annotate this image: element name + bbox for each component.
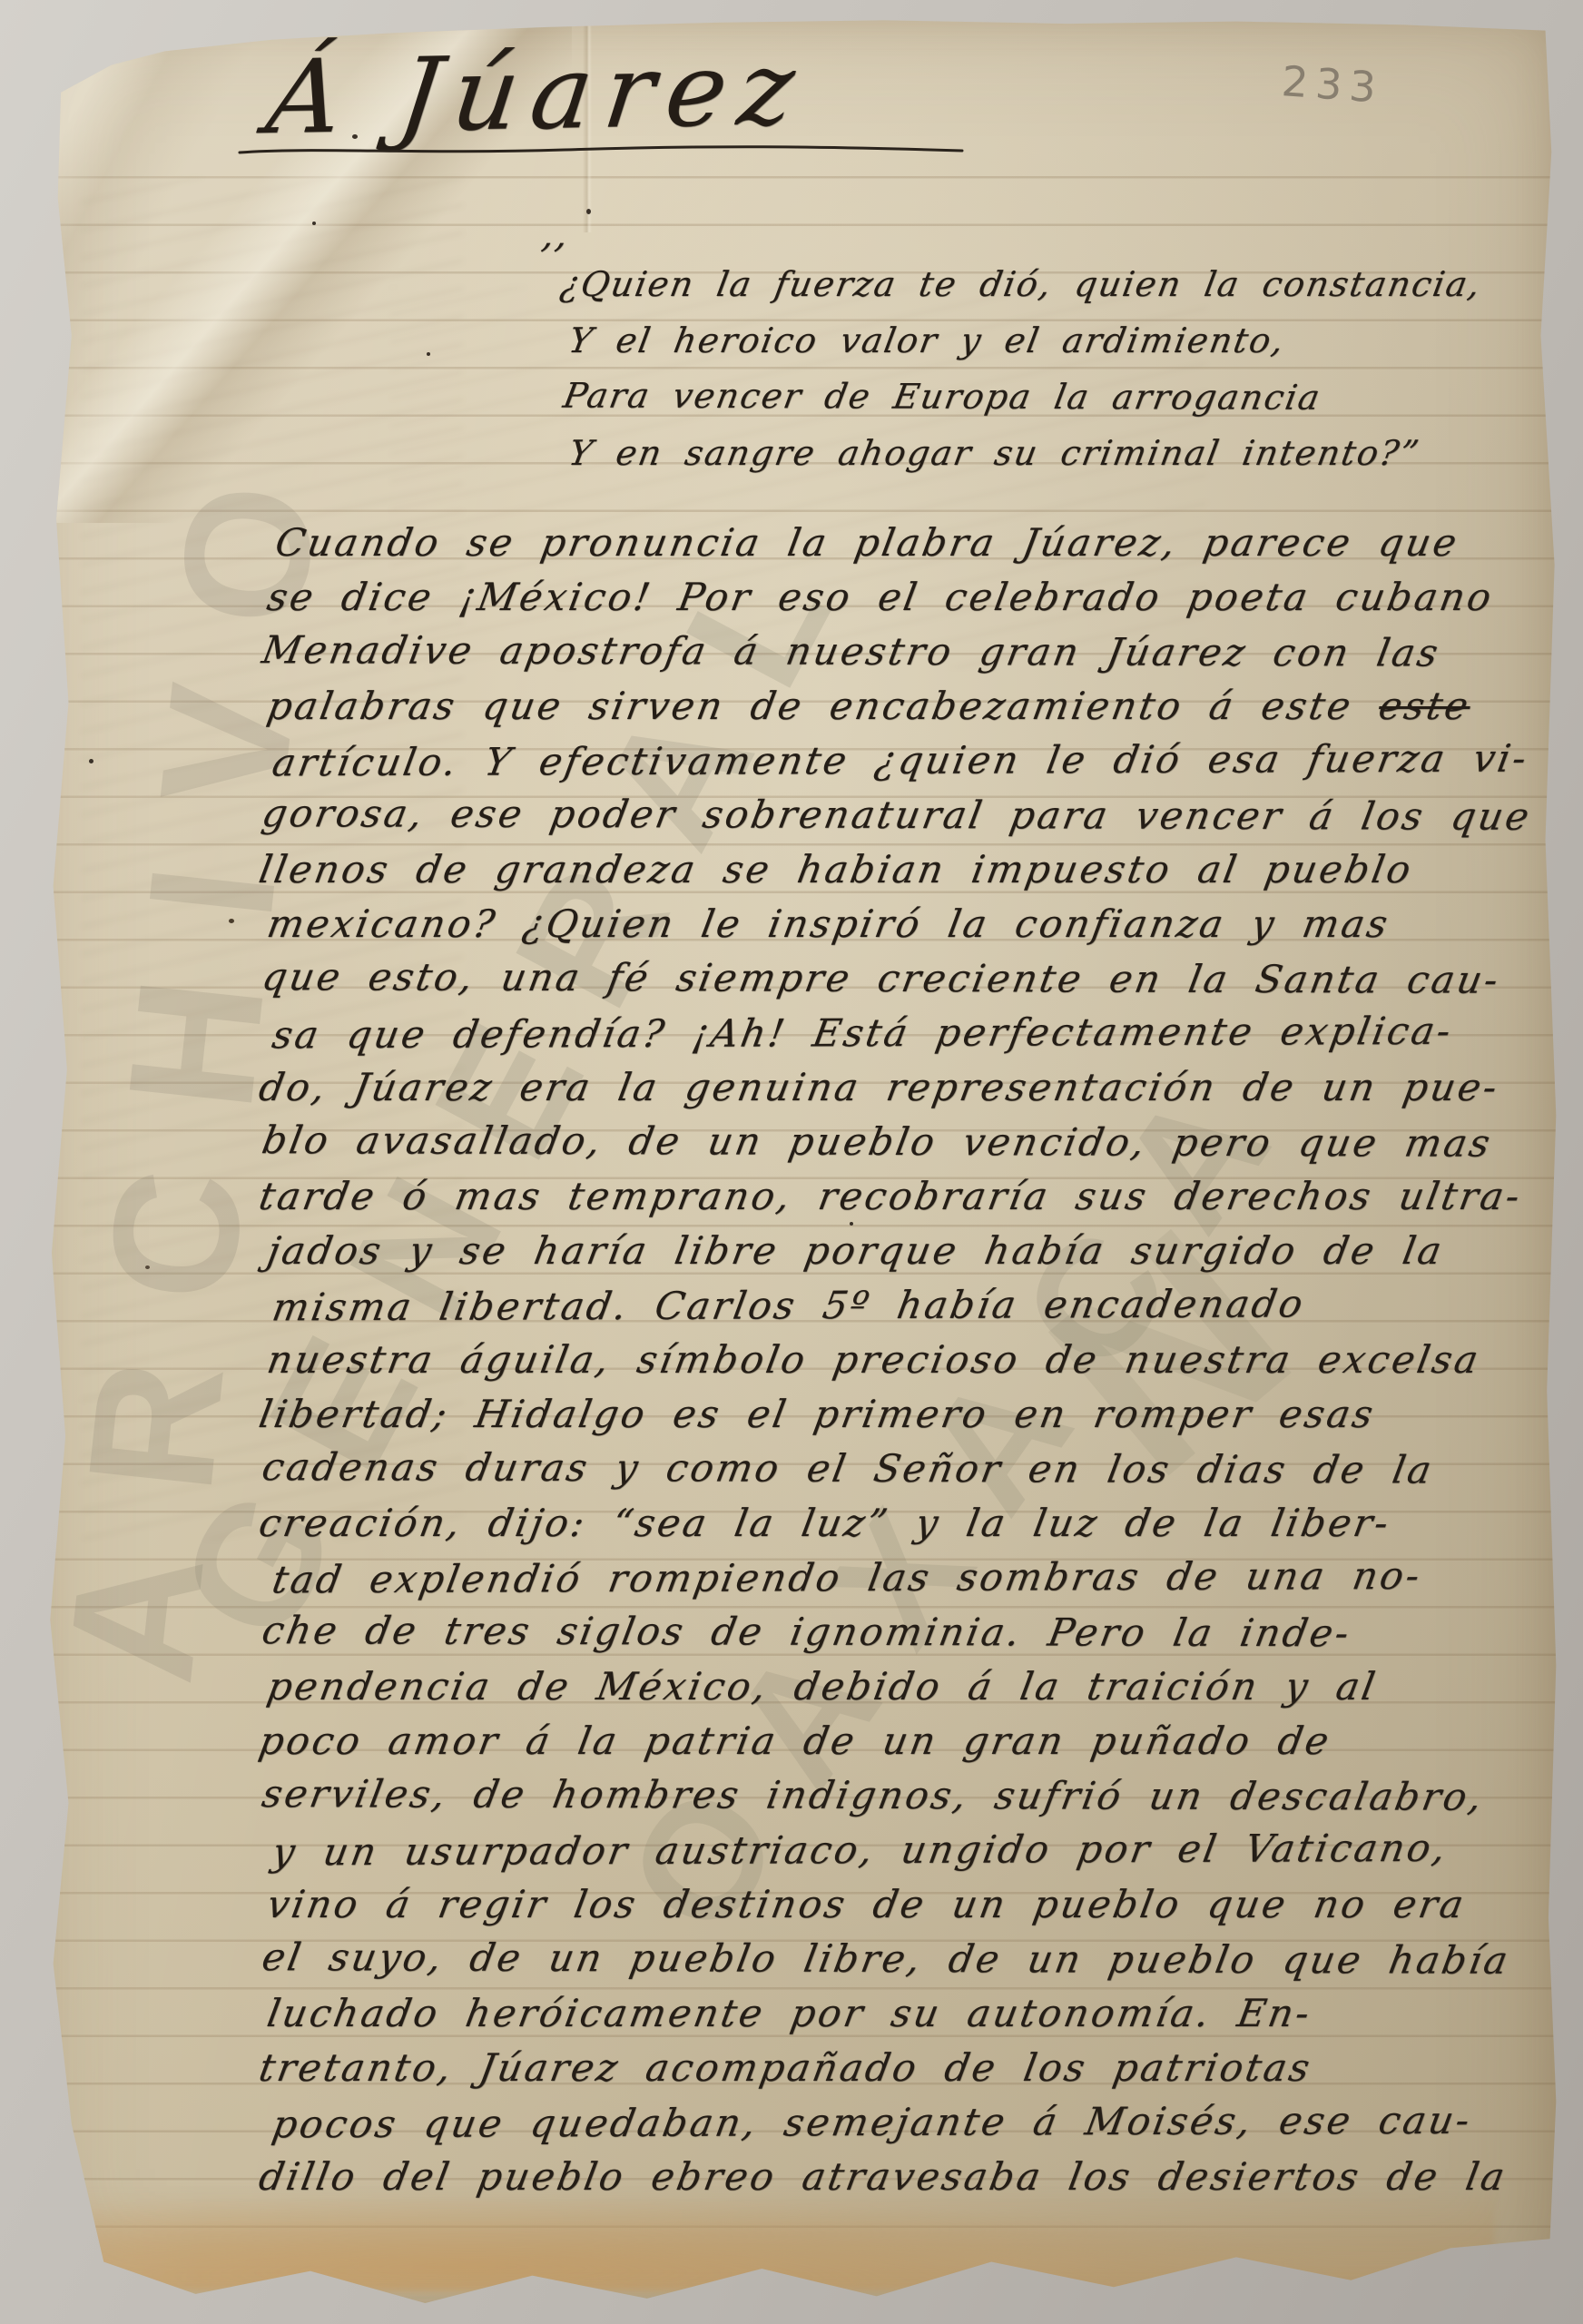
title-underline-flourish — [238, 143, 964, 156]
paper-speck — [427, 352, 430, 356]
manuscript-line: vino á regir los destinos de un pueblo q… — [263, 1877, 1536, 1932]
manuscript-line: pendencia de México, debido á la traició… — [263, 1659, 1536, 1714]
manuscript-line: ¿Quien la fuerza te dió, quien la consta… — [556, 256, 1529, 312]
manuscript-line: libertad; Hidalgo es el primero en rompe… — [255, 1387, 1536, 1442]
manuscript-line: do, Júarez era la genuina representación… — [255, 1060, 1536, 1115]
manuscript-line: tad explendió rompiendo las sombras de u… — [268, 1549, 1535, 1608]
paper-speck — [352, 134, 358, 139]
manuscript-line: misma libertad. Carlos 5º había encadena… — [268, 1276, 1535, 1335]
manuscript-line: serviles, de hombres indignos, sufrió un… — [258, 1767, 1535, 1825]
manuscript-line: tarde ó mas temprano, recobraría sus der… — [255, 1169, 1536, 1224]
manuscript-line: mexicano? ¿Quien le inspiró la confianza… — [263, 897, 1536, 951]
manuscript-line: se dice ¡México! Por eso el celebrado po… — [263, 570, 1536, 625]
manuscript-line: cadenas duras y como el Señor en los dia… — [258, 1440, 1535, 1498]
paper-speck — [586, 209, 591, 214]
manuscript-line: Cuando se pronuncia la plabra Júarez, pa… — [271, 516, 1536, 570]
manuscript-line: che de tres siglos de ignominia. Pero la… — [258, 1603, 1535, 1661]
manuscript-line: gorosa, ese poder sobrenatural para venc… — [258, 786, 1535, 844]
folio-page-number: 233 — [1280, 56, 1384, 113]
manuscript-line: nuestra águila, símbolo precioso de nues… — [263, 1333, 1536, 1387]
manuscript-line: dillo del pueblo ebreo atravesaba los de… — [255, 2150, 1536, 2204]
manuscript-line: y un usurpador austriaco, ungido por el … — [268, 1821, 1535, 1880]
epigraph-stanza: ¿Quien la fuerza te dió, quien la consta… — [561, 256, 1523, 481]
manuscript-line: tretanto, Júarez acompañado de los patri… — [255, 2041, 1536, 2095]
manuscript-line: Y en sangre ahogar su criminal intento?” — [565, 425, 1529, 481]
manuscript-line: pocos que quedaban, semejante á Moisés, … — [268, 2093, 1535, 2152]
manuscript-line: Y el heroico valor y el ardimiento, — [565, 312, 1529, 369]
paper-speck — [229, 919, 234, 923]
paper-speck — [850, 1222, 853, 1226]
manuscript-line: que esto, una fé siempre creciente en la… — [258, 950, 1535, 1008]
manuscript-line: blo avasallado, de un pueblo vencido, pe… — [258, 1113, 1535, 1171]
manuscript-line: creación, dijo: “sea la luz” y la luz de… — [255, 1496, 1536, 1551]
page-title: Á Júarez — [261, 30, 812, 157]
manuscript-line: jados y se haría libre porque había surg… — [263, 1224, 1536, 1278]
manuscript-line: luchado heróicamente por su autonomía. E… — [263, 1986, 1536, 2041]
manuscript-line: palabras que sirven de encabezamiento á … — [263, 679, 1536, 734]
paper-speck — [312, 222, 316, 225]
manuscript-line: Para vencer de Europa la arrogancia — [559, 368, 1529, 427]
manuscript-line: poco amor á la patria de un gran puñado … — [255, 1714, 1536, 1768]
paper-speck — [89, 759, 93, 763]
paper-speck — [145, 1265, 150, 1269]
manuscript-body: Cuando se pronuncia la plabra Júarez, pa… — [260, 516, 1530, 2204]
scanned-manuscript-photo: { "colors":{"ink":"#241d16","paper":"#d2… — [0, 0, 1583, 2324]
manuscript-line: artículo. Y efectivamente ¿quien le dió … — [268, 732, 1535, 791]
manuscript-line: llenos de grandeza se habian impuesto al… — [255, 842, 1536, 897]
manuscript-line: Menadive apostrofa á nuestro gran Júarez… — [258, 623, 1535, 681]
manuscript-line: el suyo, de un pueblo libre, de un puebl… — [258, 1930, 1535, 1988]
manuscript-line: sa que defendía? ¡Ah! Está perfectamente… — [268, 1004, 1535, 1063]
